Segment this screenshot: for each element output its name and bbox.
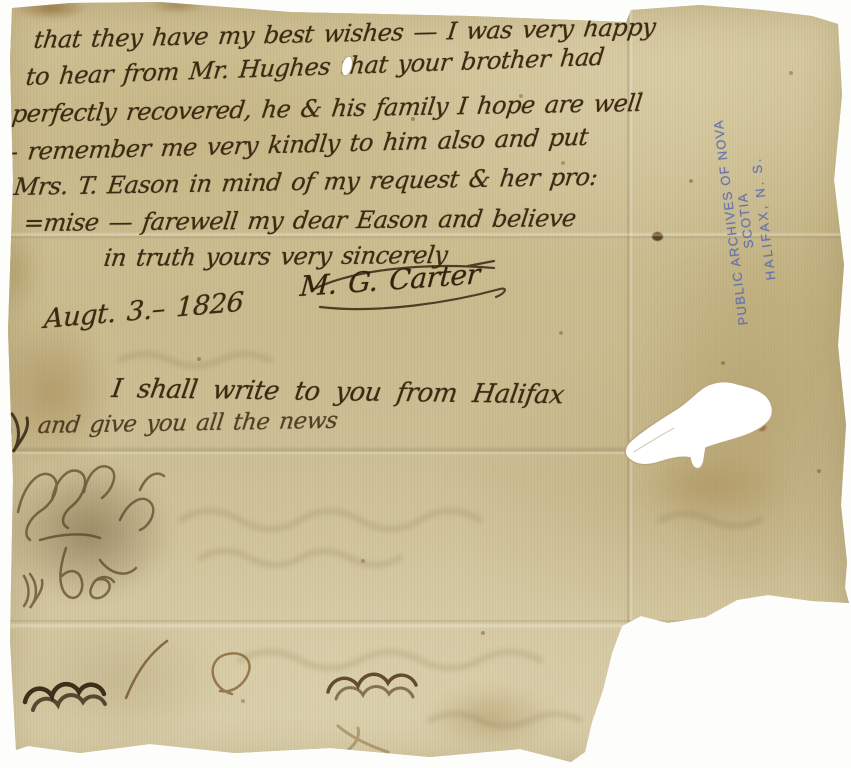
stain-bottom-left xyxy=(15,615,225,745)
stain-bottom-middle xyxy=(425,685,555,750)
letter-line: perfectly recovered, he & his family I h… xyxy=(10,89,643,128)
letter-line: Mrs. T. Eason in mind of my request & he… xyxy=(12,163,599,201)
stain-top-middle xyxy=(148,0,206,14)
stain-left-margin xyxy=(0,228,38,314)
stain-top-left xyxy=(14,0,88,20)
fold-crease-horizontal-3 xyxy=(0,620,851,629)
scanned-letter-page: that they have my best wishes — I was ve… xyxy=(0,0,851,768)
paper-specks xyxy=(0,0,2,2)
ink-blot-smudge xyxy=(4,462,174,602)
postscript-line: I shall write to you from Halifax xyxy=(110,374,566,410)
letter-line: =mise — farewell my dear Eason and belie… xyxy=(22,204,578,237)
letter-line: - remember me very kindly to him also an… xyxy=(8,123,589,166)
letter-paper: that they have my best wishes — I was ve… xyxy=(0,0,851,768)
date-line: Augt. 3.– 1826 xyxy=(43,287,244,335)
fold-crease-horizontal-2 xyxy=(0,446,645,455)
rust-spot xyxy=(757,423,766,431)
postscript-line: and give you all the news xyxy=(36,408,339,439)
